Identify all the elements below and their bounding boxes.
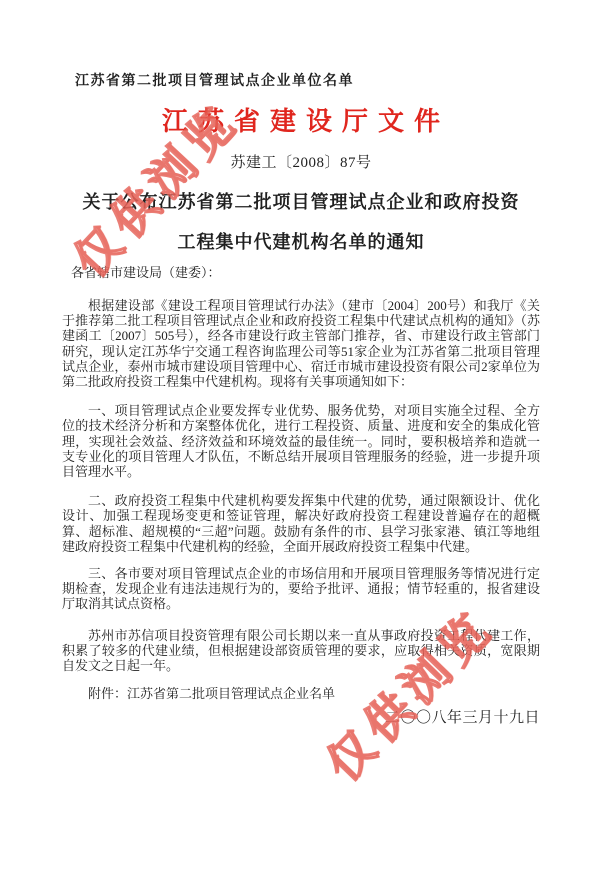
document-number: 苏建工〔2008〕87号 xyxy=(62,153,540,173)
date-line: 二〇〇八年三月十九日 xyxy=(62,709,540,728)
document-page: 江苏省第二批项目管理试点企业单位名单 江苏省建设厅文件 苏建工〔2008〕87号… xyxy=(0,0,600,876)
header-note: 江苏省第二批项目管理试点企业单位名单 xyxy=(62,72,540,91)
attachment-line: 附件：江苏省第二批项目管理试点企业名单 xyxy=(62,686,540,701)
notice-title-line2: 工程集中代建机构名单的通知 xyxy=(62,230,540,255)
paragraph-item-2: 二、政府投资工程集中代建机构要发挥集中代建的优势，通过限额设计、优化设计、加强工… xyxy=(62,493,540,554)
paragraph-intro: 根据建设部《建设工程项目管理试行办法》（建市〔2004〕200号）和我厅《关于推… xyxy=(62,298,540,389)
notice-title-line1: 关于公布江苏省第二批项目管理试点企业和政府投资 xyxy=(62,190,540,215)
salutation: 各省辖市建设局（建委）： xyxy=(62,264,540,281)
agency-letterhead-title: 江苏省建设厅文件 xyxy=(62,105,540,139)
document-content: 江苏省第二批项目管理试点企业单位名单 江苏省建设厅文件 苏建工〔2008〕87号… xyxy=(62,0,540,728)
paragraph-suzhou-note: 苏州市苏信项目投资管理有限公司长期以来一直从事政府投资工程代建工作，积累了较多的… xyxy=(62,628,540,674)
paragraph-item-1: 一、项目管理试点企业要发挥专业优势、服务优势，对项目实施全过程、全方位的技术经济… xyxy=(62,403,540,479)
paragraph-item-3: 三、各市要对项目管理试点企业的市场信用和开展项目管理服务等情况进行定期检查，发现… xyxy=(62,566,540,612)
